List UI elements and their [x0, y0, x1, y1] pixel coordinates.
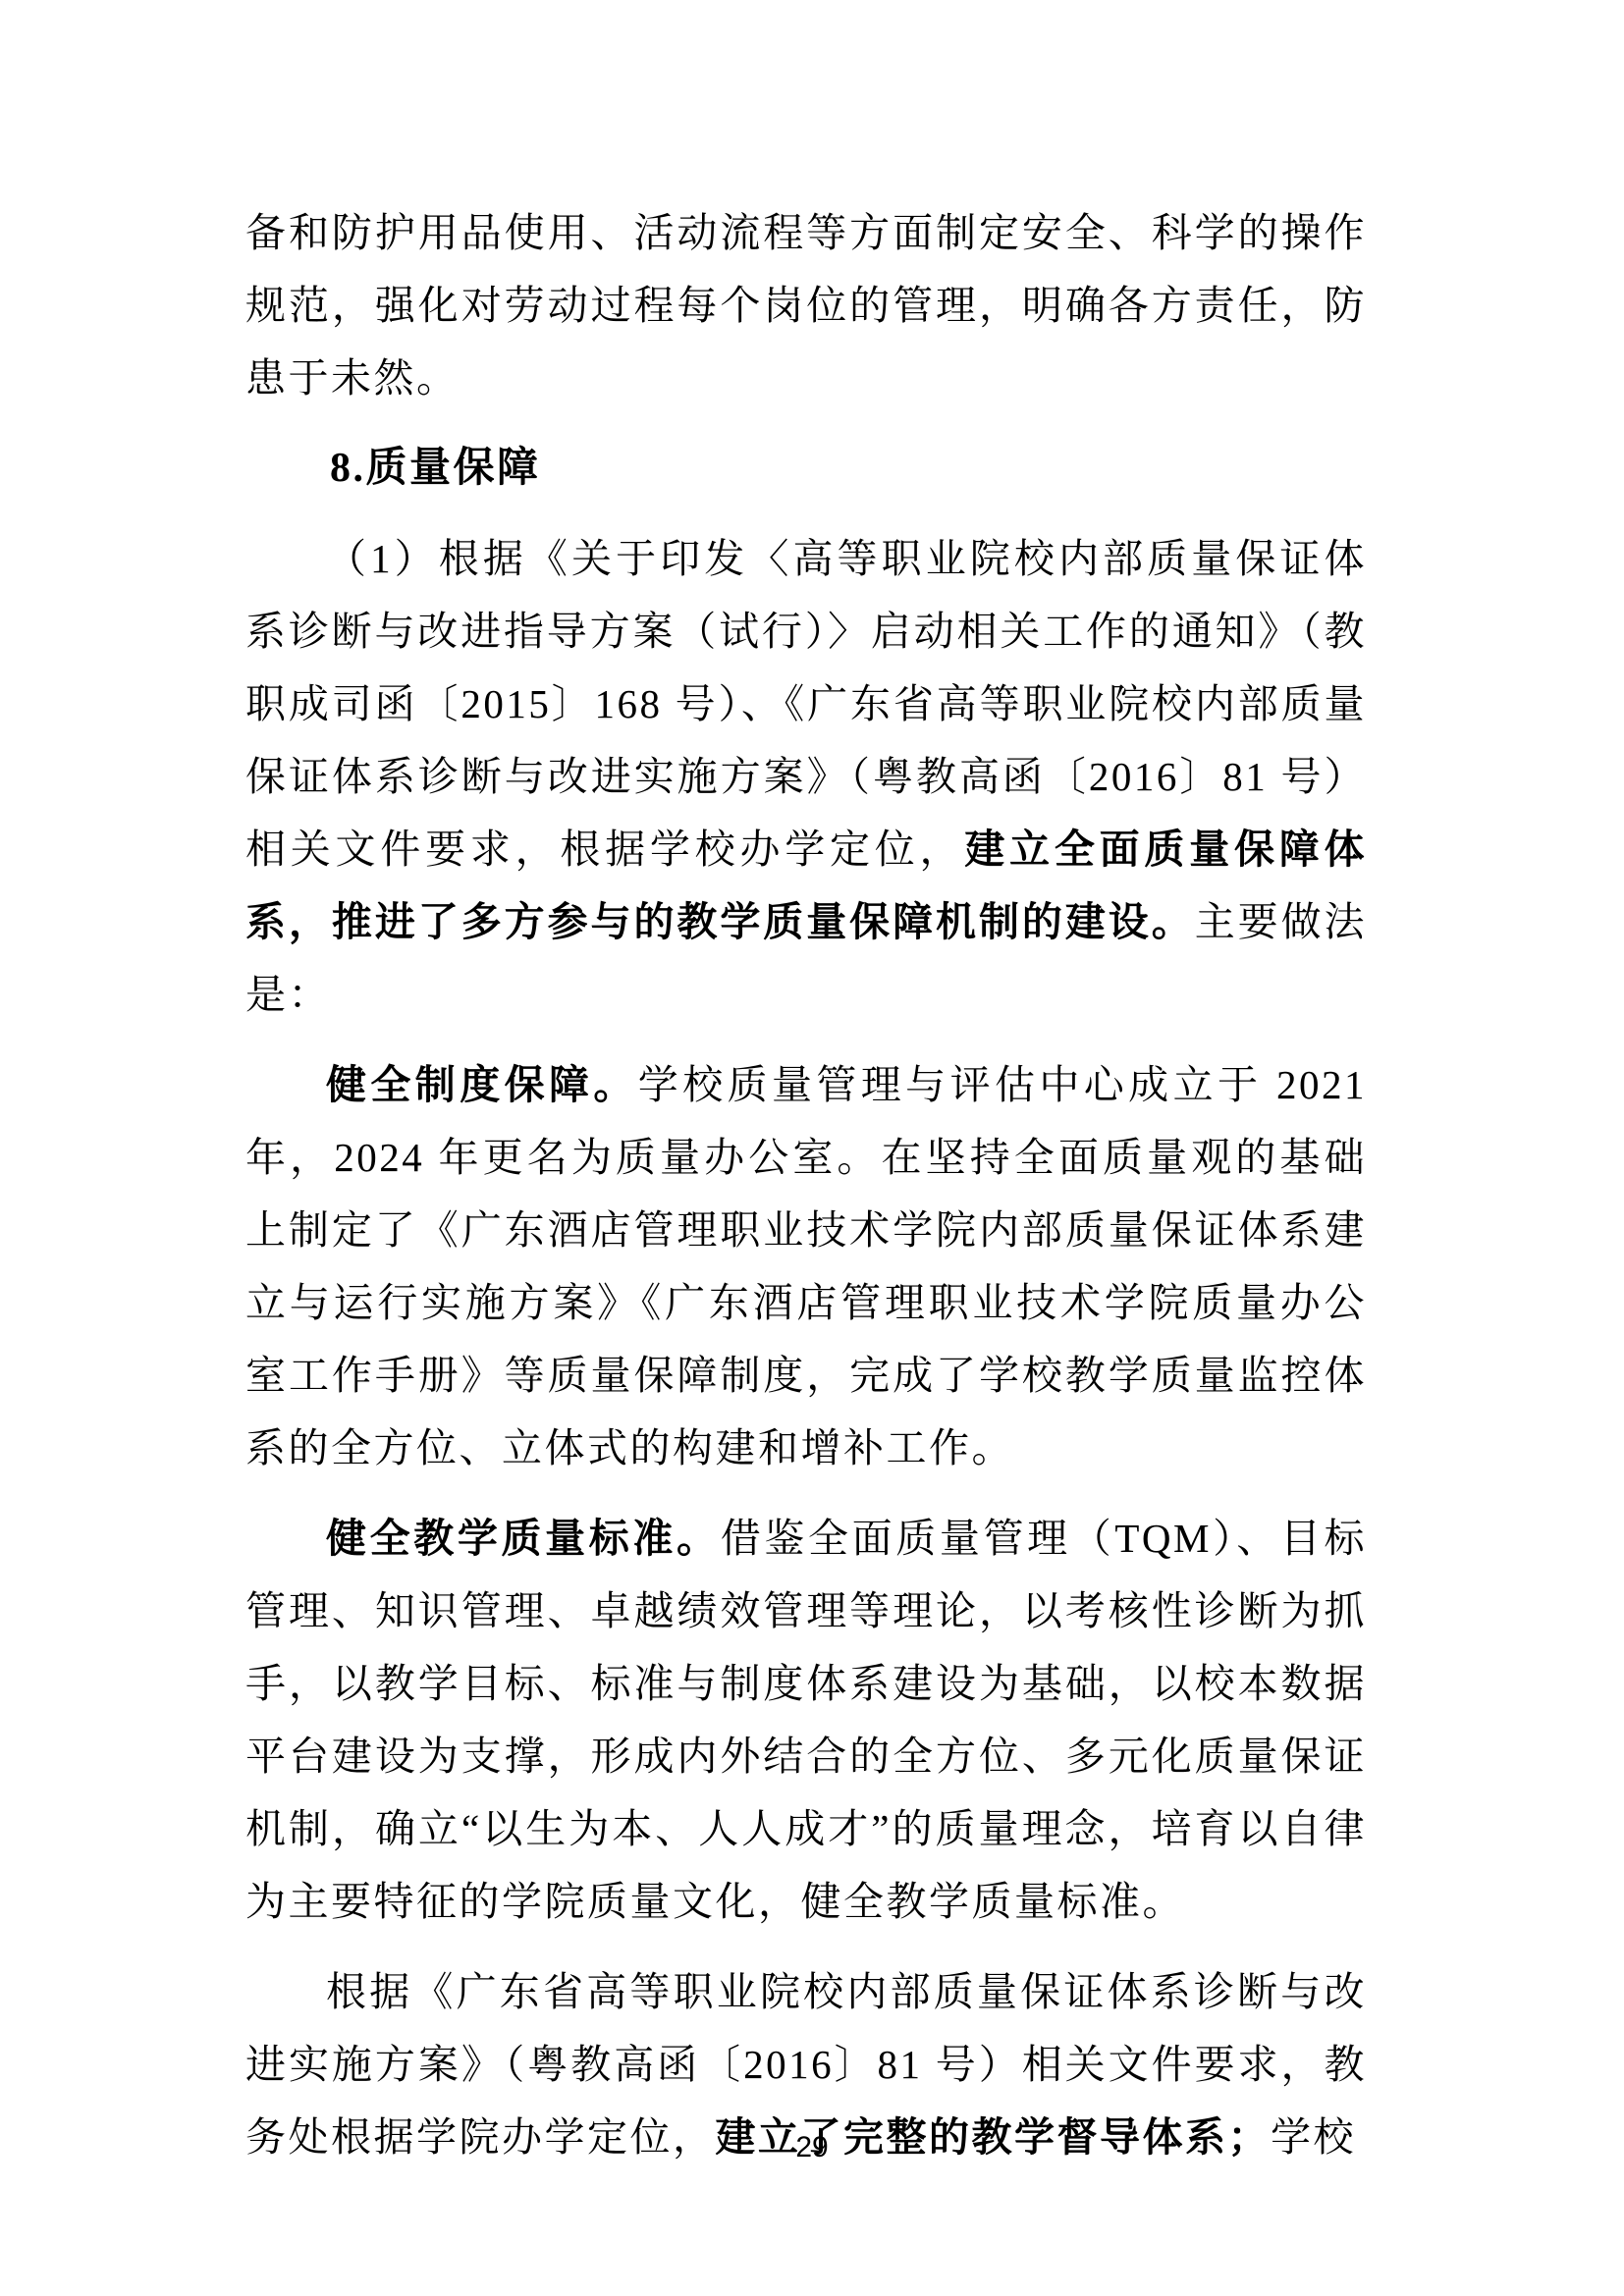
paragraph-institutional-guarantee: 健全制度保障。学校质量管理与评估中心成立于 2021 年，2024 年更名为质量… — [245, 1048, 1367, 1484]
page-number: 29 — [0, 2128, 1624, 2167]
text-run: 学校质量管理与评估中心成立于 2021 年，2024 年更名为质量办公室。在坚持… — [245, 1062, 1367, 1470]
text-run: 借鉴全面质量管理（TQM）、目标管理、知识管理、卓越绩效管理等理论，以考核性诊断… — [245, 1516, 1367, 1924]
text-run-bold: 健全制度保障。 — [326, 1062, 638, 1107]
text-run: （1）根据《关于印发〈高等职业院校内部质量保证体系诊断与改进指导方案（试行）〉启… — [245, 536, 1367, 872]
page-content: 备和防护用品使用、活动流程等方面制定安全、科学的操作规范，强化对劳动过程每个岗位… — [245, 196, 1367, 2191]
paragraph-teaching-quality-standards: 健全教学质量标准。借鉴全面质量管理（TQM）、目标管理、知识管理、卓越绩效管理等… — [245, 1502, 1367, 1938]
text-run: 8.质量保障 — [330, 446, 541, 491]
section-heading: 8.质量保障 — [245, 432, 1367, 505]
paragraph-quality-system: （1）根据《关于印发〈高等职业院校内部质量保证体系诊断与改进指导方案（试行）〉启… — [245, 522, 1367, 1031]
text-run: 备和防护用品使用、活动流程等方面制定安全、科学的操作规范，强化对劳动过程每个岗位… — [245, 210, 1367, 400]
text-run-bold: 健全教学质量标准。 — [326, 1516, 721, 1561]
paragraph-continuation: 备和防护用品使用、活动流程等方面制定安全、科学的操作规范，强化对劳动过程每个岗位… — [245, 196, 1367, 414]
document-page: 备和防护用品使用、活动流程等方面制定安全、科学的操作规范，强化对劳动过程每个岗位… — [0, 0, 1624, 2296]
